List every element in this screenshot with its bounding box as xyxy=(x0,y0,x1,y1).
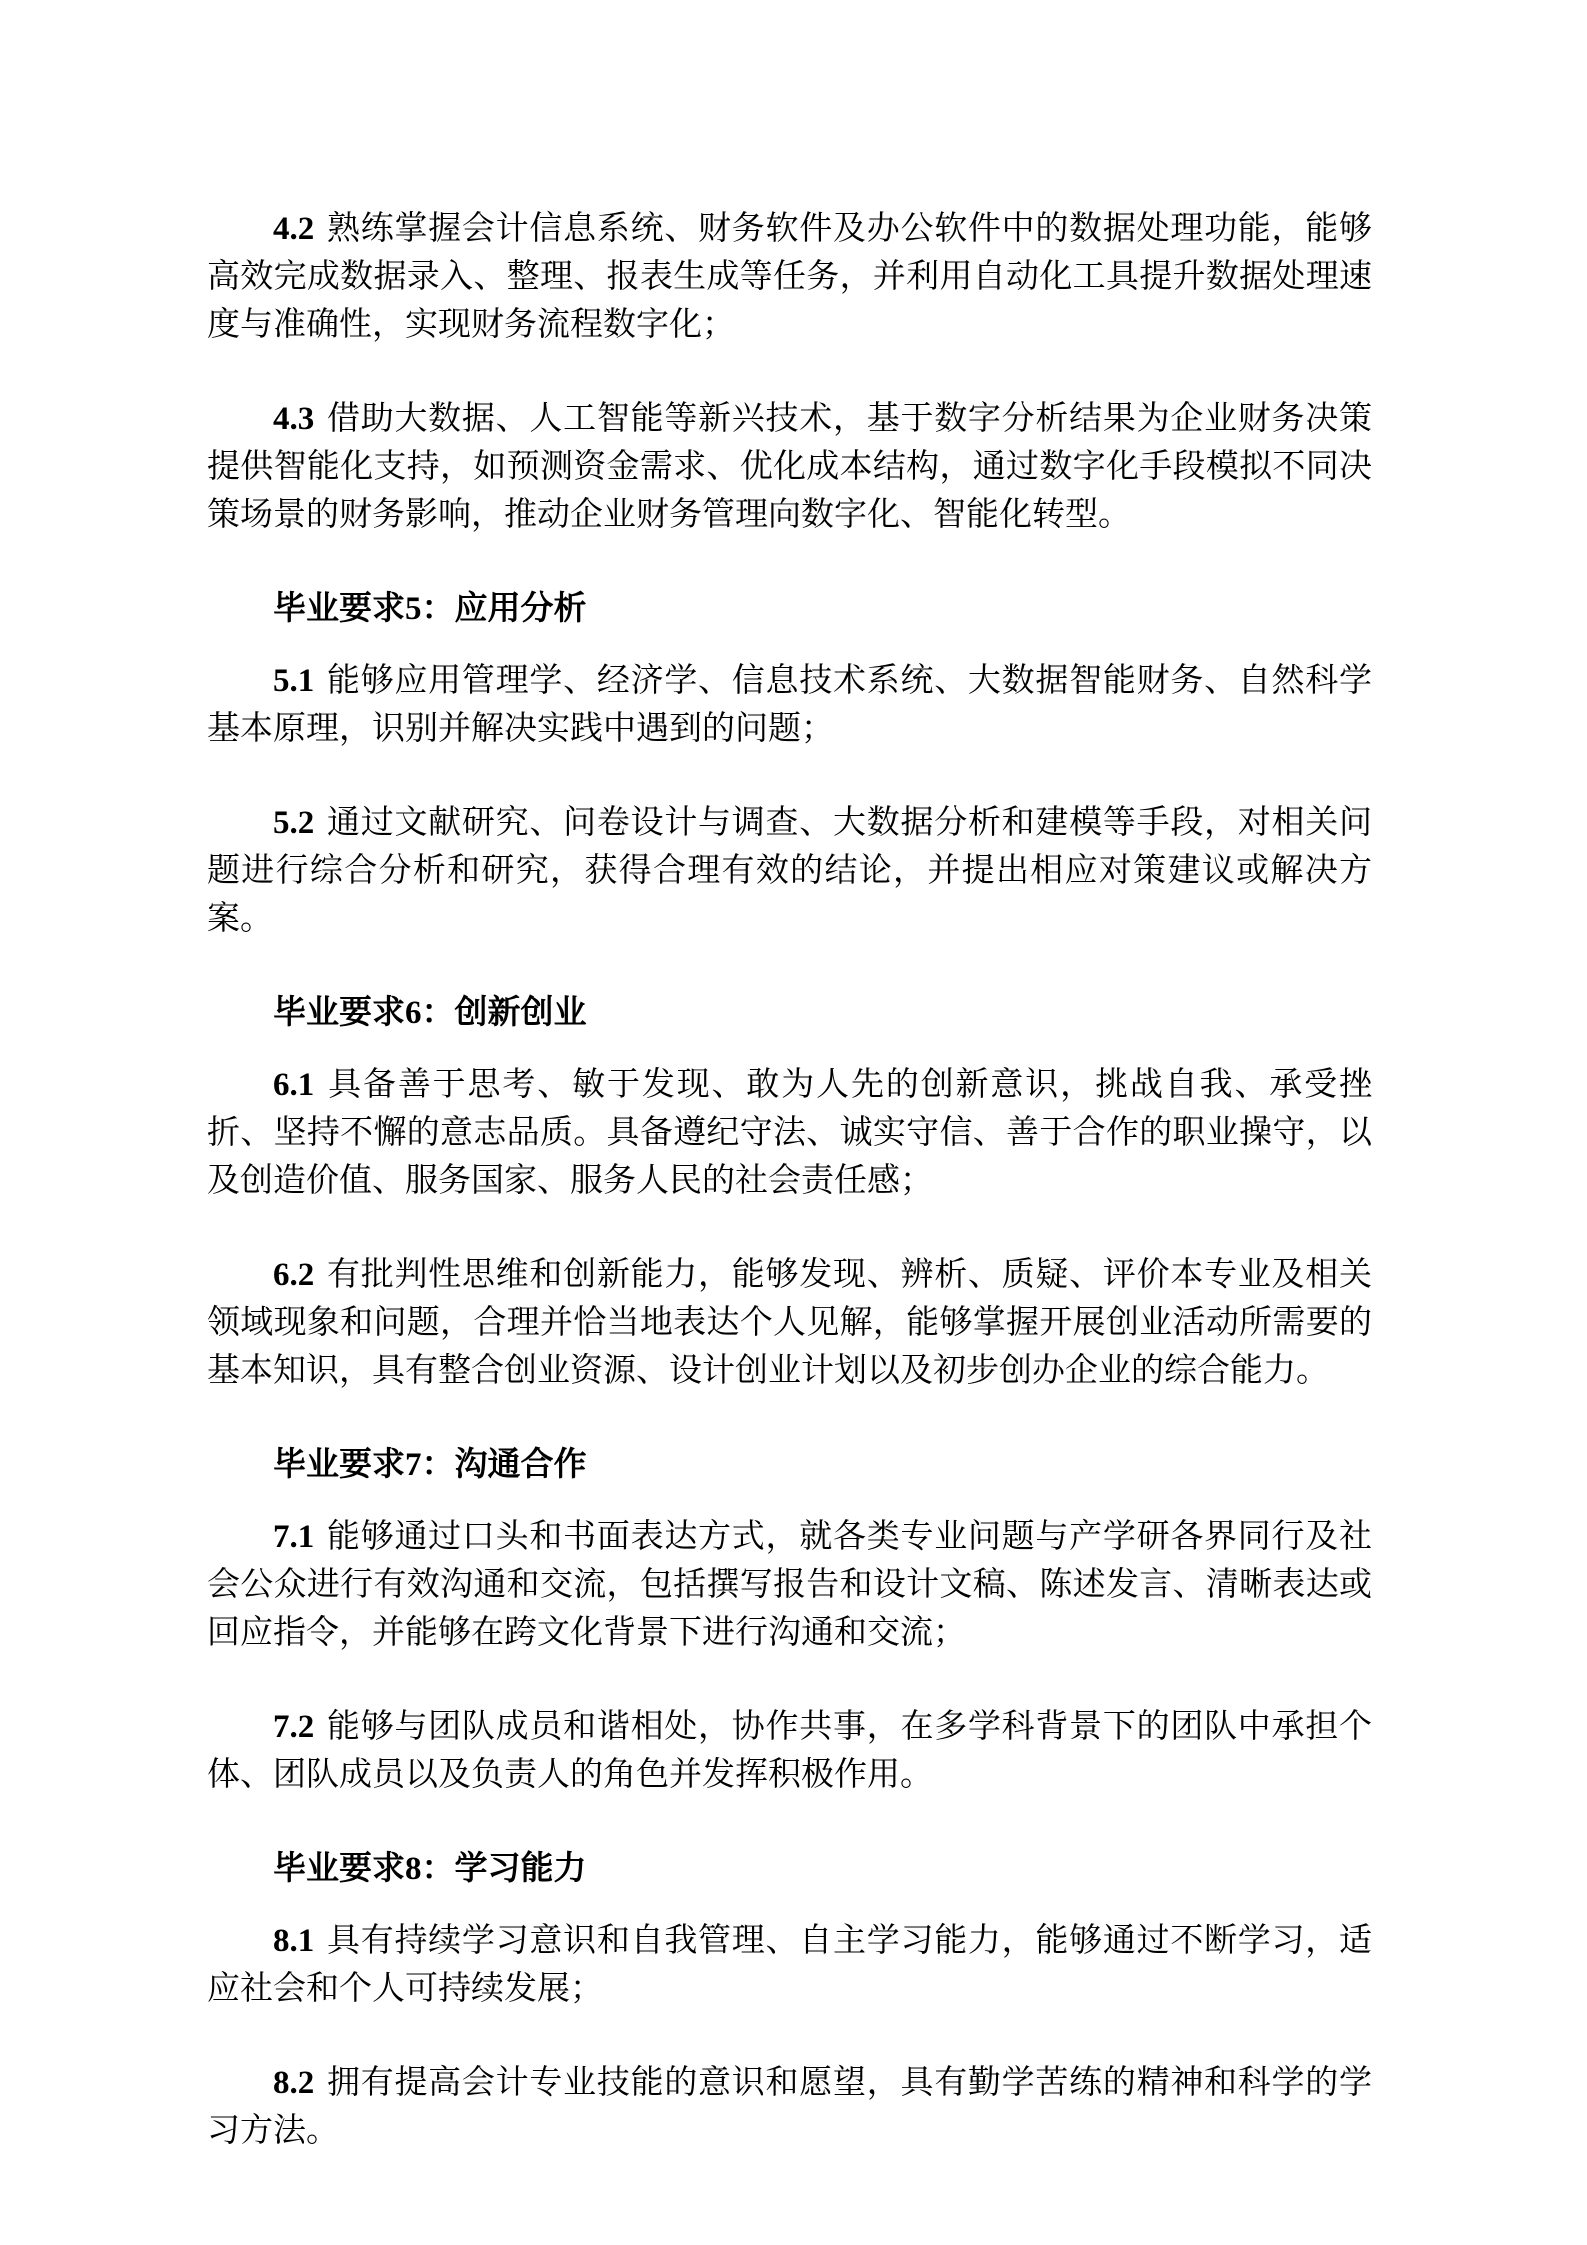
requirement-paragraph: 4.2熟练掌握会计信息系统、财务软件及办公软件中的数据处理功能，能够高效完成数据… xyxy=(207,205,1372,349)
item-text: 能够通过口头和书面表达方式，就各类专业问题与产学研各界同行及社会公众进行有效沟通… xyxy=(207,1519,1372,1651)
item-text: 具备善于思考、敏于发现、敢为人先的创新意识，挑战自我、承受挫折、坚持不懈的意志品… xyxy=(207,1067,1372,1199)
item-number: 4.3 xyxy=(273,401,314,437)
item-text: 能够与团队成员和谐相处，协作共事，在多学科背景下的团队中承担个体、团队成员以及负… xyxy=(207,1709,1372,1793)
requirement-paragraph: 8.2拥有提高会计专业技能的意识和愿望，具有勤学苦练的精神和科学的学习方法。 xyxy=(207,2059,1372,2155)
item-text: 有批判性思维和创新能力，能够发现、辨析、质疑、评价本专业及相关领域现象和问题，合… xyxy=(207,1257,1372,1389)
requirement-heading: 毕业要求8：学习能力 xyxy=(207,1845,1372,1893)
item-number: 6.2 xyxy=(273,1257,314,1293)
requirement-paragraph: 5.2通过文献研究、问卷设计与调查、大数据分析和建模等手段，对相关问题进行综合分… xyxy=(207,799,1372,943)
requirement-paragraph: 5.1能够应用管理学、经济学、信息技术系统、大数据智能财务、自然科学基本原理，识… xyxy=(207,657,1372,753)
item-number: 4.2 xyxy=(273,211,314,247)
requirement-paragraph: 4.3借助大数据、人工智能等新兴技术，基于数字分析结果为企业财务决策提供智能化支… xyxy=(207,395,1372,539)
requirement-paragraph: 8.1具有持续学习意识和自我管理、自主学习能力，能够通过不断学习，适应社会和个人… xyxy=(207,1917,1372,2013)
requirement-heading: 毕业要求6：创新创业 xyxy=(207,989,1372,1037)
requirement-paragraph: 6.1具备善于思考、敏于发现、敢为人先的创新意识，挑战自我、承受挫折、坚持不懈的… xyxy=(207,1061,1372,1205)
item-text: 借助大数据、人工智能等新兴技术，基于数字分析结果为企业财务决策提供智能化支持，如… xyxy=(207,401,1372,533)
item-number: 8.2 xyxy=(273,2065,314,2101)
item-number: 8.1 xyxy=(273,1923,314,1959)
requirement-paragraph: 7.1能够通过口头和书面表达方式，就各类专业问题与产学研各界同行及社会公众进行有… xyxy=(207,1513,1372,1657)
requirement-paragraph: 6.2有批判性思维和创新能力，能够发现、辨析、质疑、评价本专业及相关领域现象和问… xyxy=(207,1251,1372,1395)
item-number: 7.1 xyxy=(273,1519,314,1555)
item-text: 通过文献研究、问卷设计与调查、大数据分析和建模等手段，对相关问题进行综合分析和研… xyxy=(207,805,1372,937)
item-text: 拥有提高会计专业技能的意识和愿望，具有勤学苦练的精神和科学的学习方法。 xyxy=(207,2065,1372,2149)
item-number: 6.1 xyxy=(273,1067,314,1103)
item-text: 能够应用管理学、经济学、信息技术系统、大数据智能财务、自然科学基本原理，识别并解… xyxy=(207,663,1372,747)
item-number: 5.1 xyxy=(273,663,314,699)
item-number: 5.2 xyxy=(273,805,314,841)
item-text: 熟练掌握会计信息系统、财务软件及办公软件中的数据处理功能，能够高效完成数据录入、… xyxy=(207,211,1372,343)
item-number: 7.2 xyxy=(273,1709,314,1745)
requirement-paragraph: 7.2能够与团队成员和谐相处，协作共事，在多学科背景下的团队中承担个体、团队成员… xyxy=(207,1703,1372,1799)
document-page: 4.2熟练掌握会计信息系统、财务软件及办公软件中的数据处理功能，能够高效完成数据… xyxy=(0,0,1587,2245)
requirement-heading: 毕业要求5：应用分析 xyxy=(207,585,1372,633)
requirement-heading: 毕业要求7：沟通合作 xyxy=(207,1441,1372,1489)
item-text: 具有持续学习意识和自我管理、自主学习能力，能够通过不断学习，适应社会和个人可持续… xyxy=(207,1923,1372,2007)
